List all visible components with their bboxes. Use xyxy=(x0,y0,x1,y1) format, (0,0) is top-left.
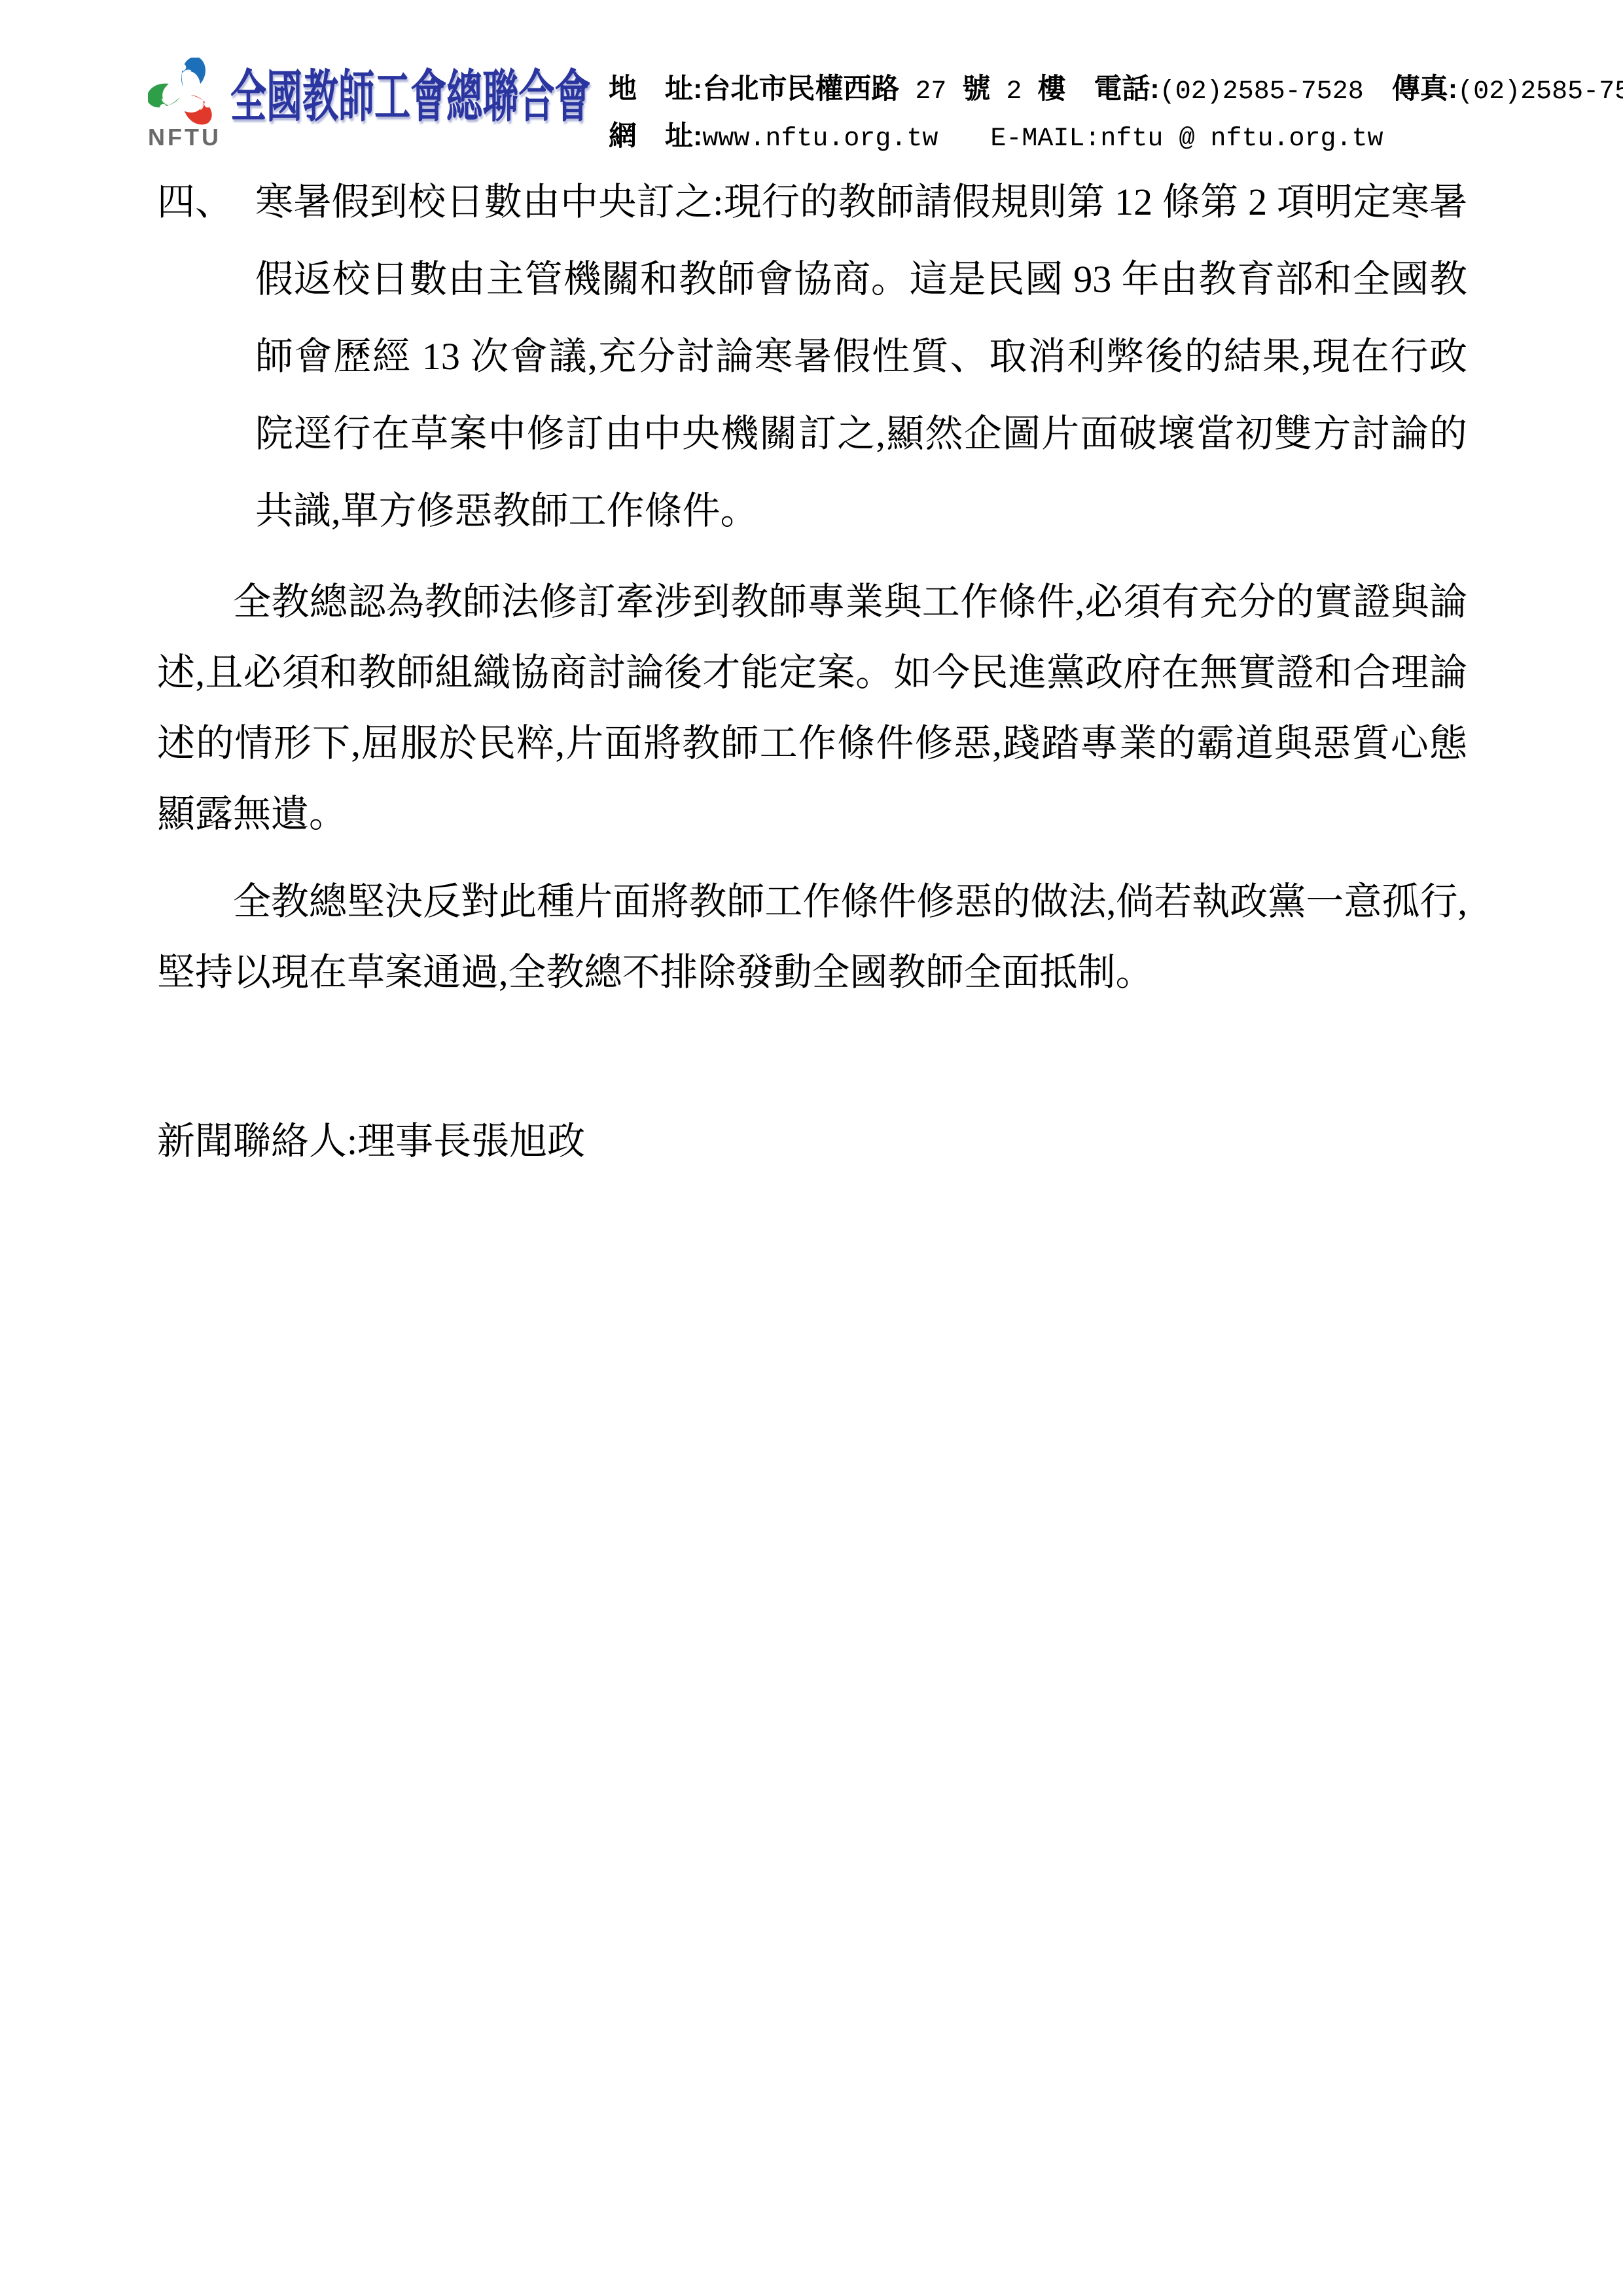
body-paragraph-2: 全教總堅決反對此種片面將教師工作條件修惡的做法,倘若執政黨一意孤行,堅持以現在草… xyxy=(157,867,1467,1008)
fax-label: 傳真: xyxy=(1364,73,1457,105)
letterhead-contact-info: 地 址:台北市民權西路 27 號 2 樓 電話:(02)2585-7528 傳真… xyxy=(609,67,1623,161)
address-floor: 2 xyxy=(990,77,1037,107)
nftu-logo: NFTU xyxy=(145,58,224,149)
email-value: nftu @ nftu.org.tw xyxy=(1100,124,1383,154)
address-city: 台北市民權西路 xyxy=(702,73,899,105)
website-value: www.nftu.org.tw xyxy=(702,124,938,154)
list-item-text: 寒暑假到校日數由中央訂之:現行的教師請假規則第 12 條第 2 項明定寒暑假返校… xyxy=(255,164,1467,550)
address-number: 27 xyxy=(899,77,962,107)
press-release-page: NFTU 全國教師工會總聯合會 地 址:台北市民權西路 27 號 2 樓 電話:… xyxy=(0,0,1623,2296)
press-contact-line: 新聞聯絡人:理事長張旭政 xyxy=(157,1106,1467,1177)
body-paragraph-1: 全教總認為教師法修訂牽涉到教師專業與工作條件,必須有充分的實證與論述,且必須和教… xyxy=(157,567,1467,850)
org-name-title: 全國教師工會總聯合會 xyxy=(230,63,461,130)
phone-value: (02)2585-7528 xyxy=(1160,77,1364,107)
phone-label: 電話: xyxy=(1065,73,1159,105)
address-label: 地 址: xyxy=(609,73,702,105)
org-title-wrap: 全國教師工會總聯合會 xyxy=(230,63,592,130)
numbered-point-4: 四、 寒暑假到校日數由中央訂之:現行的教師請假規則第 12 條第 2 項明定寒暑… xyxy=(157,164,1467,550)
fax-value: (02)2585-7559 xyxy=(1457,77,1623,107)
document-body: 四、 寒暑假到校日數由中央訂之:現行的教師請假規則第 12 條第 2 項明定寒暑… xyxy=(157,164,1467,1177)
website-label: 網 址: xyxy=(609,120,702,152)
address-floor-unit: 樓 xyxy=(1037,73,1065,105)
address-number-unit: 號 xyxy=(962,73,990,105)
letterhead: NFTU 全國教師工會總聯合會 地 址:台北市民權西路 27 號 2 樓 電話:… xyxy=(145,58,1472,169)
nftu-triskelion-icon xyxy=(148,58,221,128)
contact-line-address-phone-fax: 地 址:台北市民權西路 27 號 2 樓 電話:(02)2585-7528 傳真… xyxy=(609,67,1623,114)
email-label: E-MAIL: xyxy=(938,124,1100,154)
list-marker: 四、 xyxy=(157,164,255,550)
nftu-acronym: NFTU xyxy=(148,126,221,149)
contact-line-web-email: 網 址:www.nftu.org.tw E-MAIL:nftu @ nftu.o… xyxy=(609,114,1623,161)
